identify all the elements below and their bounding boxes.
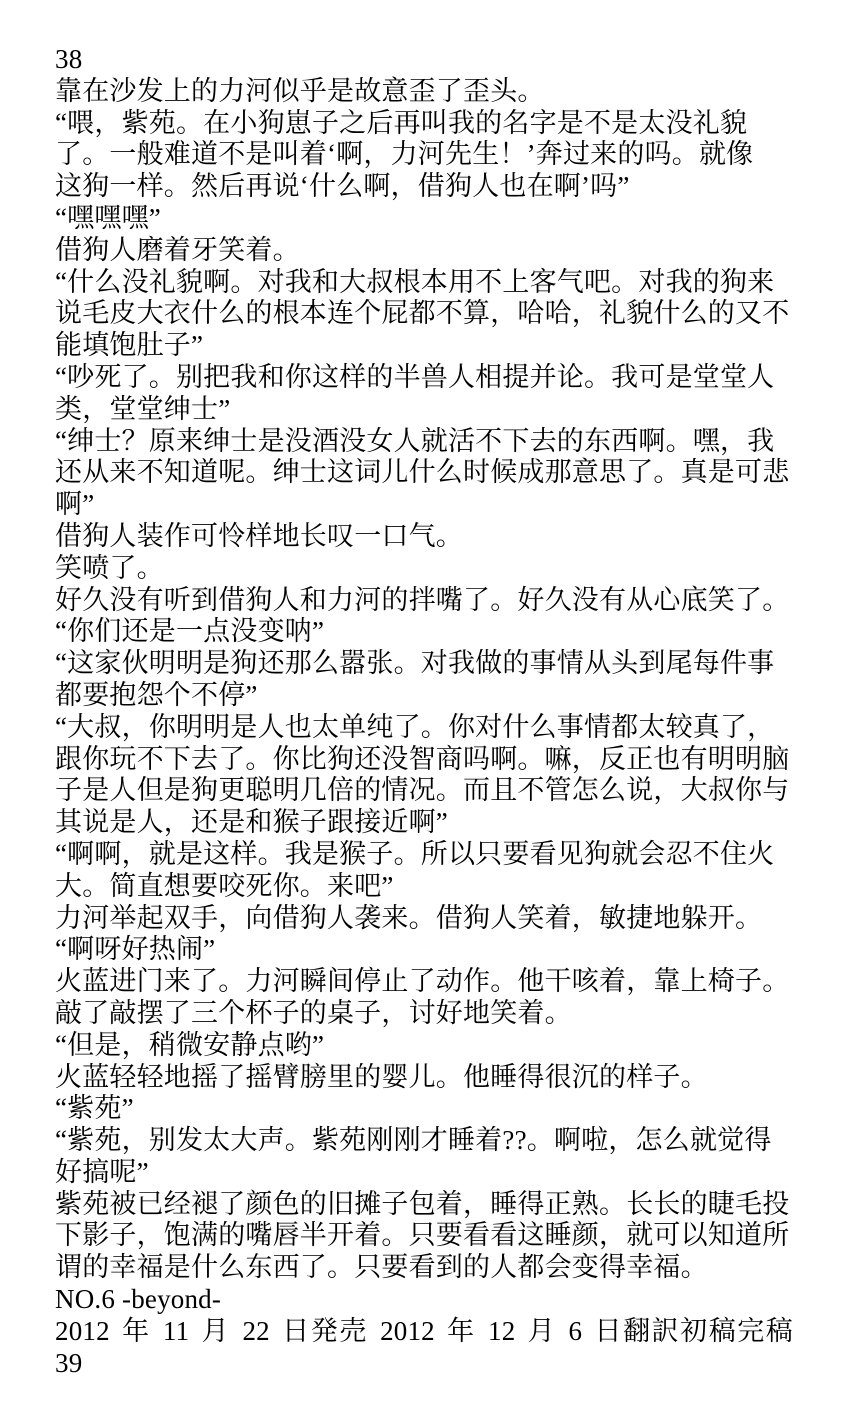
- text-line: 能填饱肚子”: [55, 330, 793, 362]
- text-line: “这家伙明明是狗还那么嚣张。对我做的事情从头到尾每件事: [55, 648, 793, 680]
- page-number-bottom: 39: [55, 1348, 793, 1380]
- document-page: 38 靠在沙发上的力河似乎是故意歪了歪头。“喂，紫苑。在小狗崽子之后再叫我的名字…: [0, 0, 851, 1401]
- text-line: 借狗人磨着牙笑着。: [55, 235, 793, 267]
- text-line: “啊呀好热闹”: [55, 934, 793, 966]
- text-line: “什么没礼貌啊。对我和大叔根本用不上客气吧。对我的狗来: [55, 267, 793, 299]
- text-line: 了。一般难道不是叫着‘啊，力河先生！’奔过来的吗。就像: [55, 139, 793, 171]
- text-line: “你们还是一点没变呐”: [55, 616, 793, 648]
- text-line: 笑喷了。: [55, 553, 793, 585]
- text-line: 啊”: [55, 489, 793, 521]
- text-line: 这狗一样。然后再说‘什么啊，借狗人也在啊’吗”: [55, 171, 793, 203]
- text-line: 力河举起双手，向借狗人袭来。借狗人笑着，敏捷地躲开。: [55, 903, 793, 935]
- body-text: 靠在沙发上的力河似乎是故意歪了歪头。“喂，紫苑。在小狗崽子之后再叫我的名字是不是…: [55, 76, 793, 1284]
- text-line: 敲了敲摆了三个杯子的桌子，讨好地笑着。: [55, 998, 793, 1030]
- text-line: 其说是人，还是和猴子跟接近啊”: [55, 807, 793, 839]
- text-line: “嘿嘿嘿”: [55, 203, 793, 235]
- text-line: 好久没有听到借狗人和力河的拌嘴了。好久没有从心底笑了。: [55, 585, 793, 617]
- text-line: “但是，稍微安静点哟”: [55, 1030, 793, 1062]
- text-line: “绅士？原来绅士是没酒没女人就活不下去的东西啊。嘿，我: [55, 426, 793, 458]
- text-line: 下影子，饱满的嘴唇半开着。只要看看这睡颜，就可以知道所: [55, 1220, 793, 1252]
- text-line: 好搞呢”: [55, 1157, 793, 1189]
- text-line: 都要抱怨个不停”: [55, 680, 793, 712]
- text-line: 火蓝进门来了。力河瞬间停止了动作。他干咳着，靠上椅子。: [55, 966, 793, 998]
- text-line: 类，堂堂绅士”: [55, 394, 793, 426]
- text-line: “喂，紫苑。在小狗崽子之后再叫我的名字是不是太没礼貌: [55, 108, 793, 140]
- date-line: 2012 年 11 月 22 日発売 2012 年 12 月 6 日翻訳初稿完稿: [55, 1316, 793, 1348]
- text-line: 跟你玩不下去了。你比狗还没智商吗啊。嘛，反正也有明明脑: [55, 744, 793, 776]
- text-line: 还从来不知道呢。绅士这词儿什么时候成那意思了。真是可悲: [55, 457, 793, 489]
- text-line: 说毛皮大衣什么的根本连个屁都不算，哈哈，礼貌什么的又不: [55, 298, 793, 330]
- page-number-top: 38: [55, 44, 793, 76]
- series-title: NO.6 -beyond-: [55, 1284, 793, 1316]
- text-line: 谓的幸福是什么东西了。只要看到的人都会变得幸福。: [55, 1252, 793, 1284]
- text-line: 紫苑被已经褪了颜色的旧摊子包着，睡得正熟。长长的睫毛投: [55, 1189, 793, 1221]
- text-line: “紫苑”: [55, 1093, 793, 1125]
- text-line: 靠在沙发上的力河似乎是故意歪了歪头。: [55, 76, 793, 108]
- text-line: 子是人但是狗更聪明几倍的情况。而且不管怎么说，大叔你与: [55, 775, 793, 807]
- text-line: “紫苑，别发太大声。紫苑刚刚才睡着??。啊啦，怎么就觉得: [55, 1125, 793, 1157]
- text-line: “吵死了。别把我和你这样的半兽人相提并论。我可是堂堂人: [55, 362, 793, 394]
- text-line: “大叔，你明明是人也太单纯了。你对什么事情都太较真了，: [55, 712, 793, 744]
- text-line: 大。简直想要咬死你。来吧”: [55, 871, 793, 903]
- text-line: 火蓝轻轻地摇了摇臂膀里的婴儿。他睡得很沉的样子。: [55, 1062, 793, 1094]
- text-line: “啊啊，就是这样。我是猴子。所以只要看见狗就会忍不住火: [55, 839, 793, 871]
- text-line: 借狗人装作可怜样地长叹一口气。: [55, 521, 793, 553]
